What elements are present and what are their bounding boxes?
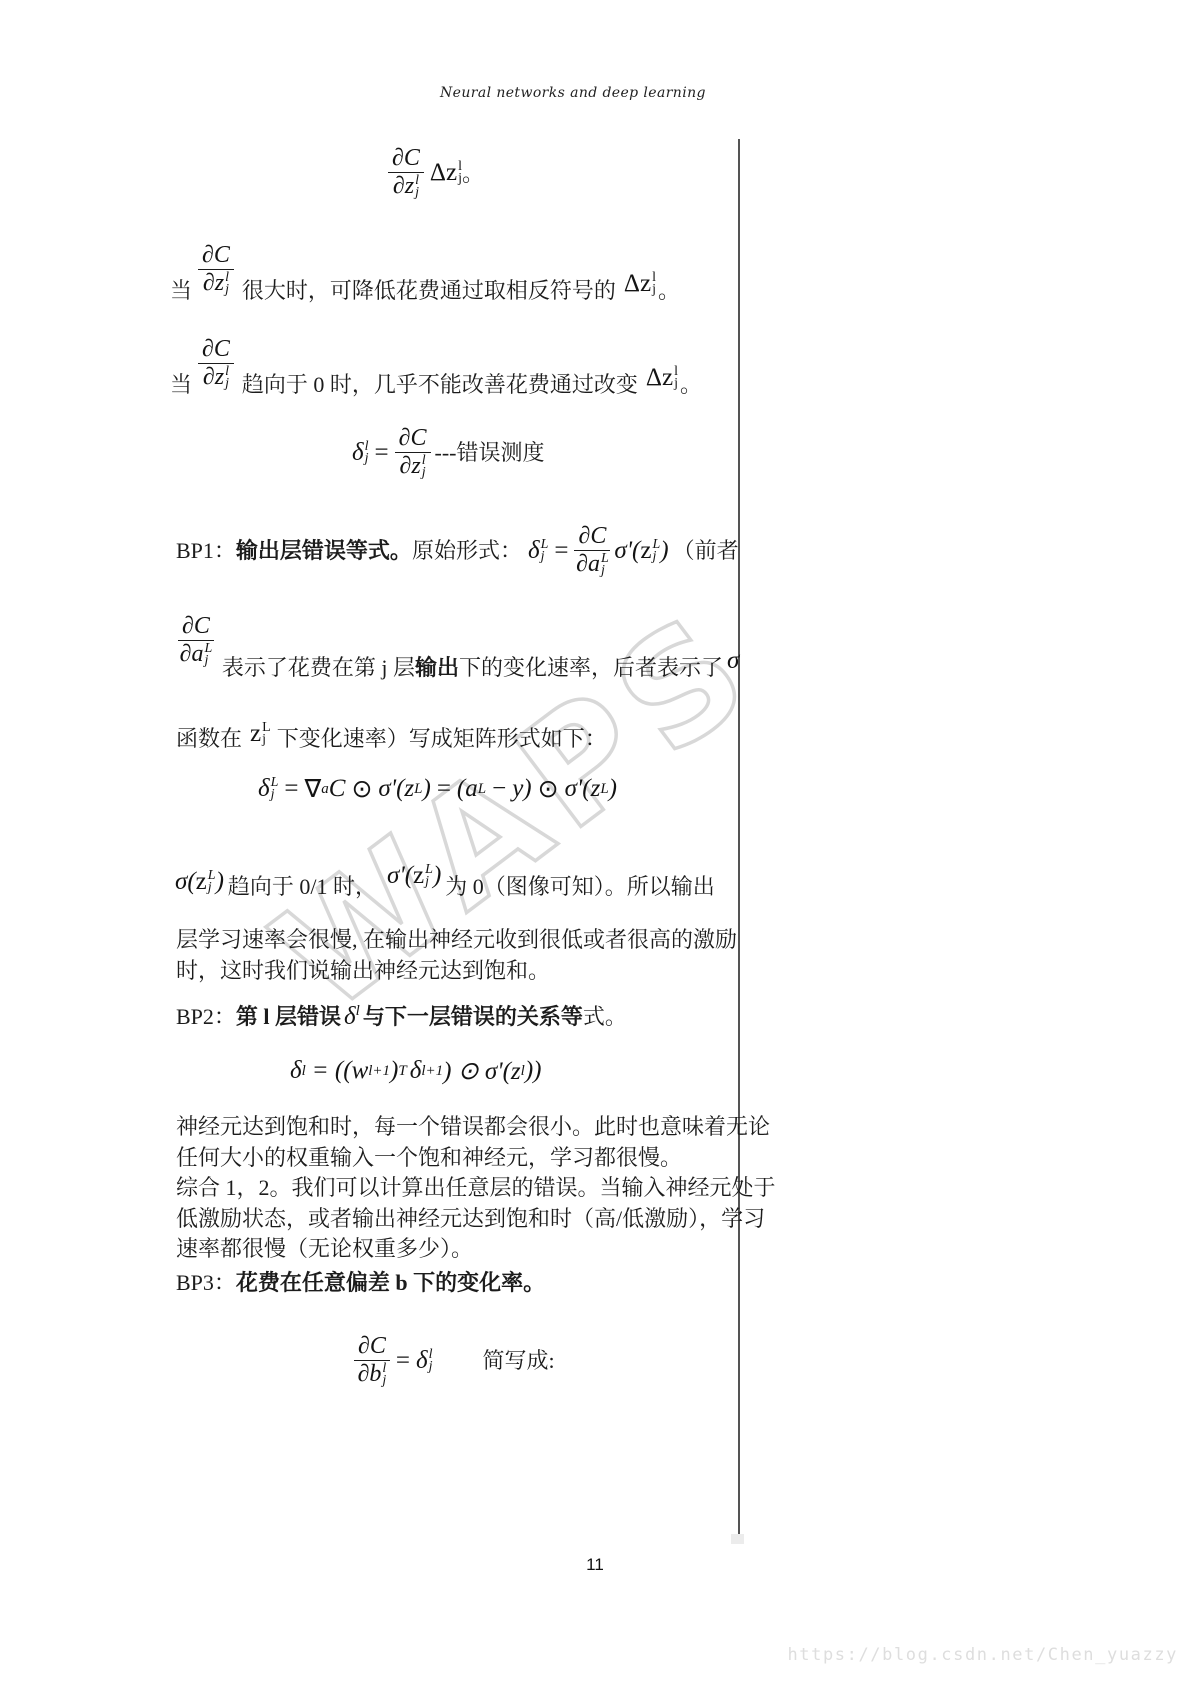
bold-text: 输出: [415, 653, 459, 683]
nabla: ∇: [305, 774, 322, 804]
formula-error-measure: δ lj = ∂C ∂zlj ---错误测度: [352, 426, 544, 479]
paragraph-summary: 神经元达到饱和时，每一个错误都会很小。此时也意味着无论 任何大小的权重输入一个饱…: [176, 1112, 776, 1265]
text: 很大时，可降低花费通过取相反符号的: [242, 276, 616, 306]
bp1-bold-title: 输出层错误等式。: [236, 536, 412, 566]
paragraph-saturation-line2: 层学习速率会很慢, 在输出神经元收到很低或者很高的激励: [176, 925, 737, 955]
bp1-line: BP1： 输出层错误等式。 原始形式： δ Lj = ∂C ∂aLj σ'( z…: [176, 524, 739, 577]
text: 趋向于 0/1 时，: [228, 872, 377, 902]
z-term: z Lj: [250, 720, 271, 748]
page-header-title: Neural networks and deep learning: [440, 85, 706, 101]
paragraph-1: 当 ∂C ∂zlj 很大时，可降低花费通过取相反符号的 Δz lj 。: [170, 243, 680, 306]
sigma-term: σ( z Lj ): [175, 868, 224, 896]
denominator: ∂z: [393, 174, 414, 199]
fraction: ∂C ∂zlj: [388, 146, 424, 199]
period: 。: [462, 159, 484, 189]
period: 。: [680, 370, 702, 400]
equals: =: [375, 439, 389, 467]
equals: =: [437, 775, 451, 803]
text-line: 任何大小的权重输入一个饱和神经元，学习都很慢。: [176, 1143, 776, 1174]
text: 简写成:: [483, 1346, 555, 1376]
formula-bp2: δl = ((wl+1 )T δl+1 ) ⊙ σ'(zl )): [290, 1056, 541, 1086]
hadamard-operator: ⊙: [538, 774, 559, 804]
text: 表示了花费在第 j 层: [222, 653, 415, 683]
bp3-line: BP3： 花费在任意偏差 b 下的变化率。: [176, 1268, 545, 1298]
numerator: ∂C: [388, 146, 424, 173]
delta-term: δl: [344, 1003, 360, 1031]
hadamard-operator: ⊙: [351, 774, 372, 804]
annotation-text: ---错误测度: [435, 438, 545, 468]
sigma-prime-term: σ'( z Lj ): [387, 862, 441, 890]
equals: =: [284, 775, 298, 803]
fraction: ∂C ∂aLj: [574, 524, 610, 577]
delta-z-term: Δz lj: [430, 159, 462, 187]
fraction: ∂C ∂aLj: [178, 614, 214, 667]
bp2-line: BP2： 第 l 层错误 δl 与下一层错误的关系等 式。: [176, 1002, 627, 1032]
text-line: 神经元达到饱和时，每一个错误都会很小。此时也意味着无论: [176, 1112, 776, 1143]
delta-term: δ lj: [416, 1347, 433, 1375]
paragraph-matrix-form: 函数在 z Lj 下变化速率）写成矩阵形式如下：: [176, 720, 607, 754]
margin-rule: [738, 139, 740, 1540]
bp3-bold-title: 花费在任意偏差 b 下的变化率。: [236, 1268, 545, 1298]
text-line: 综合 1，2。我们可以计算出任意层的错误。当输入神经元处于: [176, 1173, 776, 1204]
text: 为 0（图像可知）。所以输出: [445, 872, 715, 902]
minus: −: [492, 775, 506, 803]
period: 。: [658, 276, 680, 306]
text-line: 速率都很慢（无论权重多少）。: [176, 1234, 776, 1265]
fraction: ∂C ∂blj: [354, 1334, 390, 1387]
page-number: 11: [0, 1555, 1190, 1575]
formula-bp1-matrix: δ Lj = ∇a C ⊙ σ'(zL) = (aL − y) ⊙ σ'(zL): [258, 774, 617, 804]
formula-delta-cost: ∂C ∂zlj Δz lj 。: [388, 146, 484, 199]
delta-term: δ Lj: [258, 775, 278, 803]
fraction: ∂C ∂zlj: [395, 426, 431, 479]
text: （前者: [673, 536, 739, 566]
margin-rule-end-mark: [731, 1534, 744, 1544]
text: 函数在: [176, 724, 242, 754]
formula-bp3: ∂C ∂blj = δ lj 简写成:: [354, 1334, 555, 1387]
paragraph-saturation-line3: 时，这时我们说输出神经元达到饱和。: [176, 956, 550, 986]
equals: =: [396, 1347, 410, 1375]
bp2-bold-title: 与下一层错误的关系等: [363, 1002, 583, 1032]
delta-z-term: Δz lj: [646, 364, 678, 392]
url-watermark: https://blog.csdn.net/Chen_yuazzy: [787, 1645, 1178, 1665]
bp1-label: BP1：: [176, 536, 236, 566]
bp2-bold-title: 第 l 层错误: [236, 1002, 341, 1032]
fraction: ∂C ∂zlj: [198, 243, 234, 296]
equals: =: [554, 537, 568, 565]
text: 趋向于 0 时，几乎不能改善花费通过改变: [242, 370, 638, 400]
text: 下变化速率）写成矩阵形式如下：: [277, 724, 607, 754]
delta-term: δ lj: [352, 439, 369, 467]
paragraph-2: 当 ∂C ∂zlj 趋向于 0 时，几乎不能改善花费通过改变 Δz lj 。: [170, 337, 702, 400]
text: 原始形式：: [412, 536, 522, 566]
text: 式。: [583, 1002, 627, 1032]
sub: j: [415, 187, 419, 199]
fraction: ∂C ∂zlj: [198, 337, 234, 390]
sigma-prime-term: σ'( z Lj ): [614, 537, 668, 565]
text: 当: [170, 276, 192, 306]
bp3-label: BP3：: [176, 1268, 236, 1298]
delta-z-term: Δz lj: [624, 270, 656, 298]
text-line: 低激励状态，或者输出神经元达到饱和时（高/低激励），学习: [176, 1204, 776, 1235]
sigma-symbol: σ: [727, 647, 739, 675]
delta-term: δ Lj: [528, 537, 548, 565]
paragraph-bp1-explanation: ∂C ∂aLj 表示了花费在第 j 层 输出 下的变化速率，后者表示了 σ: [178, 614, 739, 683]
text: 下的变化速率，后者表示了: [459, 653, 723, 683]
text: 当: [170, 370, 192, 400]
bp2-label: BP2：: [176, 1002, 236, 1032]
document-page: Neural networks and deep learning WAPS ∂…: [0, 0, 1190, 1683]
paragraph-saturation-line1: σ( z Lj ) 趋向于 0/1 时， σ'( z Lj ) 为 0（图像可知…: [175, 862, 715, 902]
